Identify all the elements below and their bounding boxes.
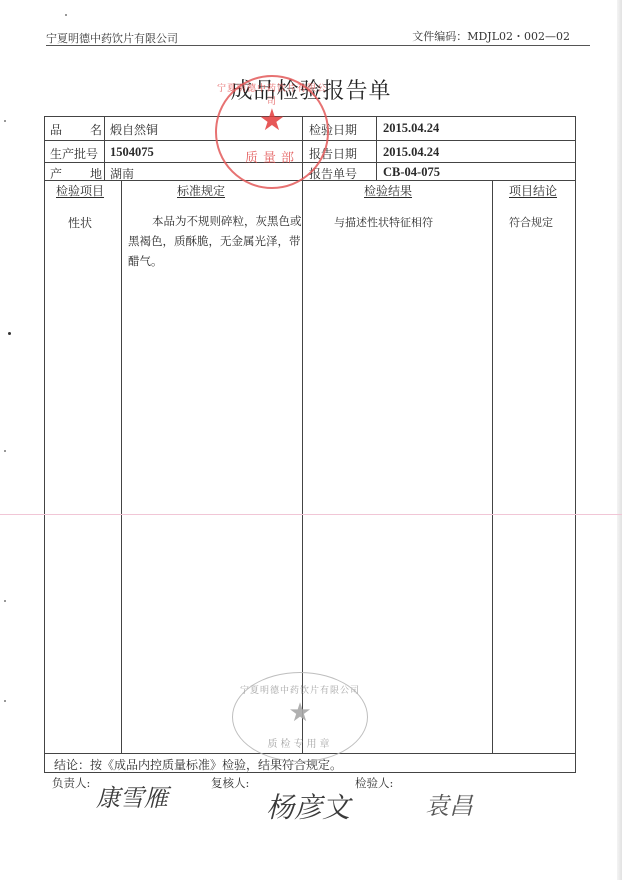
scan-speck bbox=[4, 600, 6, 602]
label-char: 品 bbox=[50, 121, 62, 138]
label-char: 地 bbox=[90, 165, 102, 182]
report-date: 2015.04.24 bbox=[383, 145, 439, 160]
column-header-result: 检验结果 bbox=[364, 182, 412, 199]
batch-label: 生产批号 bbox=[50, 145, 98, 162]
col-divider bbox=[492, 180, 493, 753]
inspect-date: 2015.04.24 bbox=[383, 121, 439, 136]
star-icon: ★ bbox=[217, 105, 327, 137]
page-edge bbox=[617, 0, 622, 880]
product-name: 煅自然铜 bbox=[110, 121, 158, 138]
scan-speck bbox=[65, 14, 67, 16]
scan-speck bbox=[8, 332, 11, 335]
star-icon: ★ bbox=[233, 699, 367, 727]
col-divider bbox=[376, 116, 377, 180]
document-code: 文件编码：MDJL02・002—02 bbox=[412, 28, 570, 44]
reviewer-signature: 杨彦文 bbox=[266, 786, 350, 826]
scan-speck bbox=[4, 120, 6, 122]
column-header-item: 检验项目 bbox=[56, 182, 104, 199]
scan-speck bbox=[4, 700, 6, 702]
header-rule bbox=[46, 45, 590, 46]
batch-number: 1504075 bbox=[110, 145, 154, 160]
col-divider bbox=[104, 116, 105, 180]
table-right-border bbox=[575, 116, 576, 772]
stamp-dept-text: 质检专用章 bbox=[233, 735, 367, 750]
origin: 湖南 bbox=[110, 165, 134, 182]
col-divider bbox=[121, 180, 122, 753]
report-number: CB-04-075 bbox=[383, 165, 440, 180]
stamp-dept-text: 质量部 bbox=[217, 147, 327, 166]
reviewer-label: 复核人: bbox=[211, 775, 249, 791]
row-standard: 本品为不规则碎粒，灰黑色或黑褐色，质酥脆，无金属光泽，带醋气。 bbox=[128, 211, 302, 271]
row-item: 性状 bbox=[68, 214, 92, 231]
inspector-signature: 袁昌 bbox=[425, 786, 473, 821]
stamp-arc-text: 宁夏明德中药饮片有限公司 bbox=[233, 683, 367, 696]
responsible-signature: 康雪雁 bbox=[96, 778, 168, 813]
inspection-stamp: 宁夏明德中药饮片有限公司 ★ 质检专用章 bbox=[232, 672, 368, 762]
product-name-label: 品 名 bbox=[50, 121, 102, 138]
col-divider bbox=[302, 180, 303, 753]
row-result: 与描述性状特征相符 bbox=[334, 214, 433, 230]
row-conclusion: 符合规定 bbox=[509, 214, 553, 230]
responsible-label: 负责人: bbox=[52, 775, 90, 791]
label-char: 产 bbox=[50, 165, 62, 182]
inspector-label: 检验人: bbox=[355, 775, 393, 791]
company-name: 宁夏明德中药饮片有限公司 bbox=[46, 30, 178, 46]
origin-label: 产 地 bbox=[50, 165, 102, 182]
scan-speck bbox=[4, 450, 6, 452]
column-header-standard: 标准规定 bbox=[177, 182, 225, 199]
table-left-border bbox=[44, 116, 45, 772]
scan-line bbox=[0, 514, 622, 515]
quality-dept-stamp: 宁夏明德中药饮片有限公司 ★ 质量部 bbox=[215, 75, 329, 189]
label-char: 名 bbox=[90, 121, 102, 138]
column-header-conclusion: 项目结论 bbox=[509, 182, 557, 199]
